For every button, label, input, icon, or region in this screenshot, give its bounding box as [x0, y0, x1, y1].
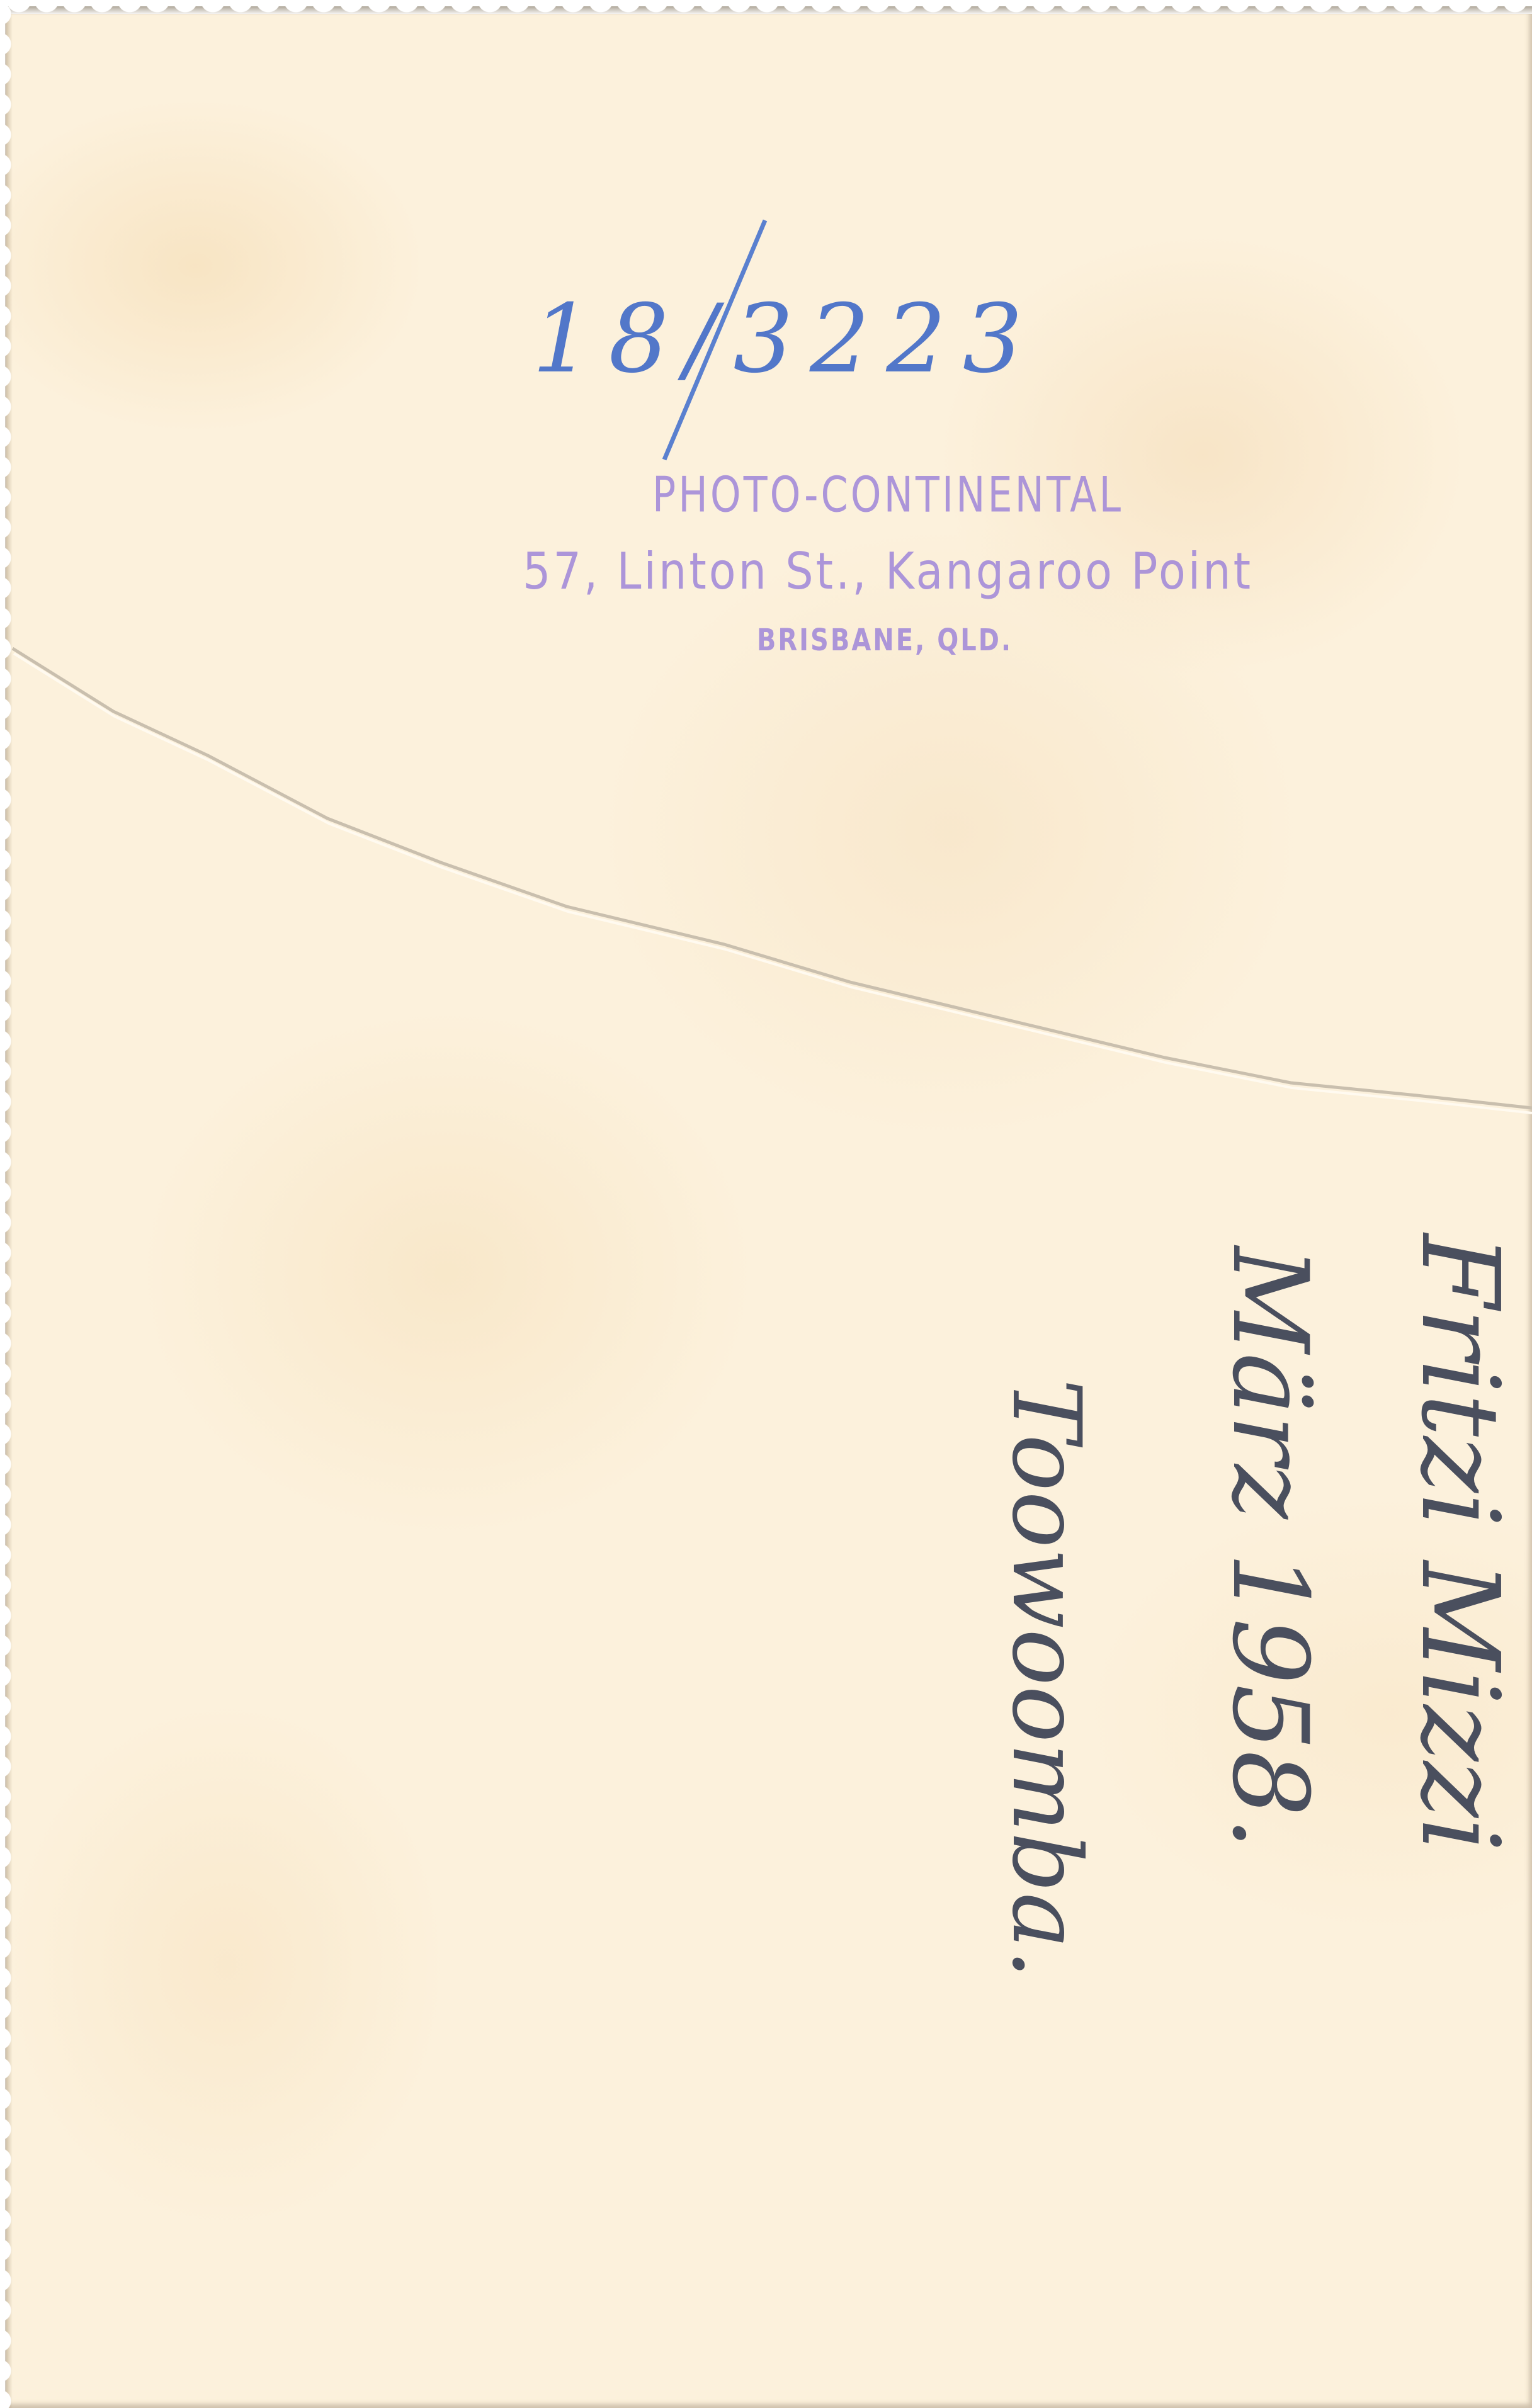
studio-stamp-address: 57, Linton St., Kangaroo Point: [479, 541, 1297, 601]
inscription-line-3: Toowoomba.: [991, 1379, 1101, 1979]
handwritten-inscription: Fritzi Mizzi März 1958. Toowoomba.: [932, 1221, 1524, 2241]
deckled-edge-left: [0, 0, 18, 2408]
deckled-edge-top: [6, 0, 1532, 25]
catalog-number-text: 18/3223: [532, 285, 1039, 394]
inscription-line-2: März 1958.: [1210, 1245, 1331, 1850]
inscription-line-1: Fritzi Mizzi: [1397, 1232, 1522, 1852]
catalog-number: 18/3223: [532, 214, 1055, 460]
studio-stamp-city: BRISBANE, QLD.: [718, 623, 1052, 658]
studio-stamp-name: PHOTO-CONTINENTAL: [598, 466, 1177, 523]
